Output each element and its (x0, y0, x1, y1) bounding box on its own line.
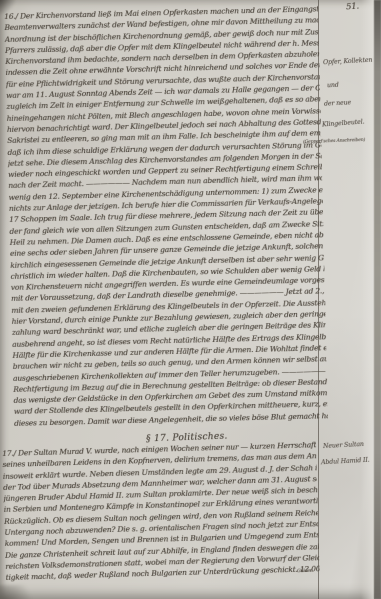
margin-note-offerings-line3: der neue (324, 99, 351, 107)
body-paragraph-1: 16./ Der Kirchenvorstand ließ im Mai ein… (4, 3, 328, 429)
margin-note-offerings-line4: Klingelbeutel. (322, 119, 365, 129)
margin-note-new-sultan-line1: Neuer Sultan (323, 441, 364, 450)
body-paragraph-2: 17./ Der Sultan Murad V. wurde, nach ein… (2, 439, 320, 583)
manuscript-page: 51. 16./ Der Kirchenvorstand ließ im Mai… (0, 0, 381, 599)
page-number: 51. (346, 2, 360, 13)
margin-note-inline-annotation: (Geppert'sches Anschreiben) (303, 138, 365, 145)
page-edge-shadow (374, 0, 381, 599)
page-edge-highlight (361, 0, 374, 599)
corner-stain-bottom-left (0, 585, 40, 599)
margin-note-offerings-line2: und (327, 82, 339, 90)
interlinear-note-gulden: Gulden (297, 569, 313, 575)
